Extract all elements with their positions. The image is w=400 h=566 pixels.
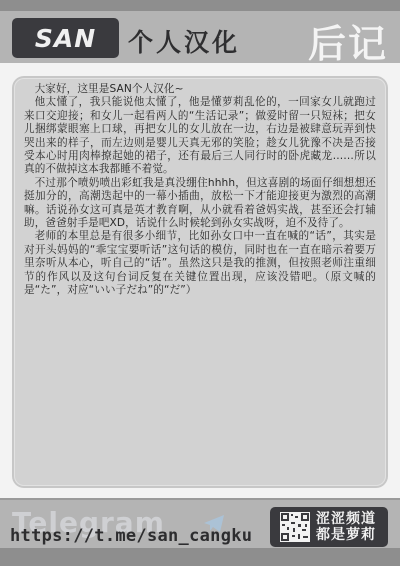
telegram-link[interactable]: https://t.me/san_cangku — [10, 526, 252, 546]
channel-line-1: 涩涩频道 — [316, 511, 376, 527]
paragraph-greeting: 大家好，这里是SAN个人汉化~ — [24, 83, 376, 96]
channel-label: 涩涩频道 都是萝莉 — [316, 511, 376, 543]
channel-line-2: 都是萝莉 — [316, 527, 376, 543]
group-name: 个人汉化 — [128, 23, 240, 59]
page-title: 后记 — [308, 13, 388, 68]
afterword-text: 大家好，这里是SAN个人汉化~ 他太懂了，我只能说他太懂了，他是懂萝莉乱伦的，一… — [24, 83, 376, 298]
group-logo: SAN — [12, 18, 119, 58]
channel-badge[interactable]: 涩涩频道 都是萝莉 — [270, 507, 388, 547]
qr-code-icon — [280, 512, 310, 542]
top-border-bar — [0, 0, 400, 11]
paragraph: 老师的本里总是有很多小细节，比如孙女口中一直在喊的“话”，其实是对开头妈妈的“乖… — [24, 230, 376, 297]
paragraph: 他太懂了，我只能说他太懂了，他是懂萝莉乱伦的，一回家女儿就跑过来口交迎接；和女儿… — [24, 96, 376, 176]
header-banner: SAN 个人汉化 后记 — [0, 11, 400, 63]
logo-text: SAN — [35, 24, 96, 53]
bottom-border-bar — [0, 548, 400, 566]
paragraph: 不过那个喷奶喷出彩虹我是真没绷住hhhh，但这喜剧的场面仔细想想还挺加分的，高潮… — [24, 177, 376, 231]
